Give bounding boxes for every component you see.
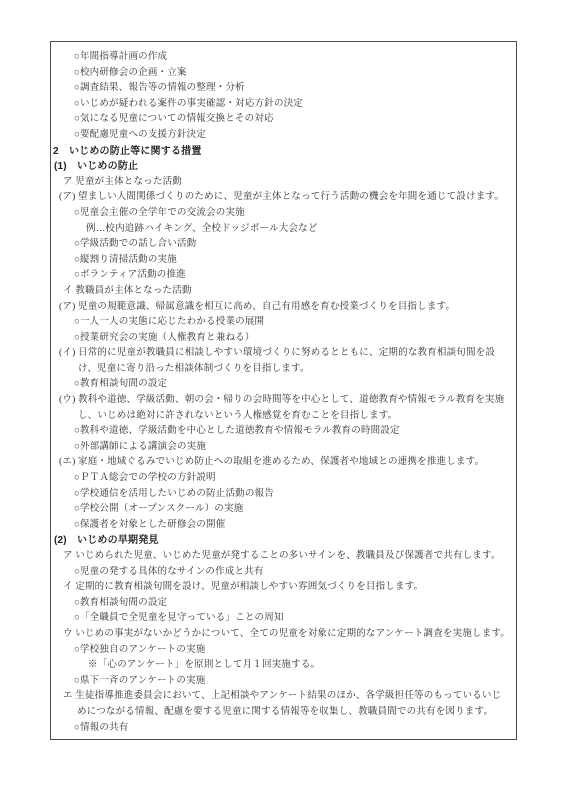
- list-item: ○県下一斉のアンケートの実施: [51, 674, 511, 690]
- list-item: ○調査結果、報告等の情報の整理・分析: [51, 81, 511, 97]
- list-item: ○校内研修会の企画・立案: [51, 66, 511, 82]
- list-item: ○「全職員で全児童を見守っている」ことの周知: [51, 611, 511, 627]
- list-item: ○情報の共有: [51, 721, 511, 737]
- list-item: ○学校公開（オープンスクール）の実施: [51, 502, 511, 518]
- paragraph: (ア) 児童の規範意識、帰属意識を相互に高め、自己有用感を育む授業づくりを目指し…: [51, 300, 511, 316]
- list-item: ○ＰＴＡ総会での学校の方針説明: [51, 471, 511, 487]
- paragraph: (ア) 望ましい人間関係づくりのために、児童が主体となって行う活動の機会を年間を…: [51, 190, 511, 206]
- list-item: ○教育相談旬間の設定: [51, 596, 511, 612]
- list-item: ○要配慮児童への支援方針決定: [51, 128, 511, 144]
- item-heading: イ 教職員が主体となった活動: [51, 284, 511, 300]
- list-item: ○気になる児童についての情報交換とその対応: [51, 112, 511, 128]
- list-item: ○児童会主催の全学年での交流会の実施: [51, 206, 511, 222]
- example-note: 例…校内追跡ハイキング、全校ドッジボール大会など: [51, 222, 511, 238]
- list-item: ○一人一人の実態に応じたわかる授業の展開: [51, 315, 511, 331]
- list-item: ○年間指導計画の作成: [51, 50, 511, 66]
- list-item: ○学校独自のアンケートの実施: [51, 643, 511, 659]
- paragraph: ア いじめられた児童、いじめた児童が発することの多いサインを、教職員及び保護者で…: [51, 549, 511, 565]
- item-heading: ア 児童が主体となった活動: [51, 175, 511, 191]
- list-item: ○いじめが疑われる案件の事実確認・対応方針の決定: [51, 97, 511, 113]
- list-item: ○教育相談旬間の設定: [51, 377, 511, 393]
- list-item: ○学校通信を活用したいじめの防止活動の報告: [51, 487, 511, 503]
- list-item: ○学級活動での話し合い活動: [51, 237, 511, 253]
- list-item: ○児童の発する具体的なサインの作成と共有: [51, 565, 511, 581]
- subsection-heading: (2) いじめの早期発見: [51, 533, 511, 549]
- paragraph: (ウ) 教科や道徳、学級活動、朝の会・帰りの会時間等を中心として、道徳教育や情報…: [51, 393, 511, 424]
- list-item: ○保護者を対象とした研修会の開催: [51, 518, 511, 534]
- paragraph: エ 生徒指導推進委員会において、上記相談やアンケート結果のほか、各学級担任等のも…: [51, 689, 511, 720]
- section-heading: 2 いじめの防止等に関する措置: [51, 144, 511, 160]
- paragraph: (エ) 家庭・地域ぐるみでいじめ防止への取組を進めるため、保護者や地域との連携を…: [51, 455, 511, 471]
- document-border-box: ○年間指導計画の作成 ○校内研修会の企画・立案 ○調査結果、報告等の情報の整理・…: [50, 41, 517, 740]
- list-item: ○ボランティア活動の推進: [51, 268, 511, 284]
- paragraph: ウ いじめの事実がないかどうかについて、全ての児童を対象に定期的なアンケート調査…: [51, 627, 511, 643]
- list-item: ○外部講師による講演会の実施: [51, 440, 511, 456]
- list-item: ○教科や道徳、学級活動を中心とした道徳教育や情報モラル教育の時間設定: [51, 424, 511, 440]
- list-item: ○授業研究会の実施（人権教育と兼ねる）: [51, 331, 511, 347]
- subsection-heading: (1) いじめの防止: [51, 159, 511, 175]
- list-item: ○縦割り清掃活動の実施: [51, 253, 511, 269]
- paragraph: イ 定期的に教育相談旬間を設け、児童が相談しやすい雰囲気づくりを目指します。: [51, 580, 511, 596]
- asterisk-note: ※「心のアンケート」を原則として月１回実施する。: [51, 658, 511, 674]
- paragraph: (イ) 日常的に児童が教職員に相談しやすい環境づくりに努めるとともに、定期的な教…: [51, 346, 511, 377]
